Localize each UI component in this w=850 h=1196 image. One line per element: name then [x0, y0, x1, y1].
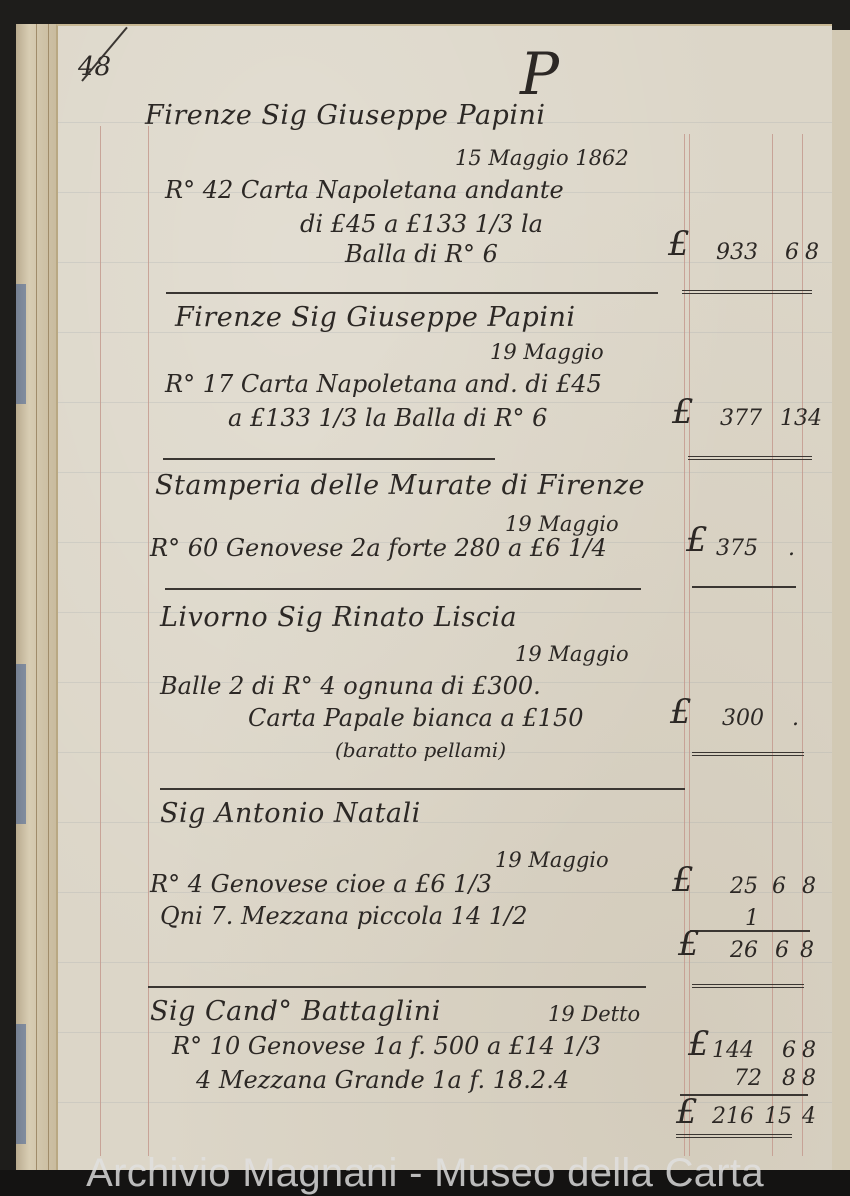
- entry-separator: [160, 788, 685, 790]
- page-stack-edge: [16, 24, 60, 1174]
- denari-column-rule: [802, 134, 803, 1156]
- entry-2-soldi: 13: [780, 406, 808, 431]
- ruled-line: [58, 1102, 832, 1103]
- entry-6-amount-1-denari: 8: [802, 1038, 816, 1063]
- soldi-column-rule: [772, 134, 773, 1156]
- entry-1-line-1: R° 42 Carta Napoletana andante: [165, 176, 564, 204]
- entry-5-amount-1-denari: 8: [802, 874, 816, 899]
- archive-watermark: Archivio Magnani - Museo della Carta: [0, 1150, 850, 1196]
- entry-5-date: 19 Maggio: [495, 848, 609, 872]
- entry-5-total-denari: 8: [800, 938, 814, 963]
- entry-separator: [166, 292, 658, 294]
- entry-3-heading: Stamperia delle Murate di Firenze: [155, 470, 645, 501]
- entry-3-lire: 375: [716, 536, 758, 561]
- entry-1-line-3: Balla di R° 6: [345, 240, 498, 268]
- sum-rule: [680, 1094, 808, 1096]
- lira-sign: £: [678, 924, 700, 964]
- entry-5-amount-2-lire: 1: [745, 906, 759, 931]
- marginal-flourish: P: [520, 40, 559, 108]
- lira-sign: £: [688, 1024, 710, 1064]
- entry-2-date: 19 Maggio: [490, 340, 604, 364]
- entry-5-line-2: Qni 7. Mezzana piccola 14 1/2: [160, 902, 528, 930]
- entry-6-total-lire: 216: [712, 1104, 754, 1129]
- entry-1-line-2: di £45 a £133 1/3 la: [300, 210, 543, 238]
- entry-1-soldi: 6: [785, 240, 799, 265]
- entry-6-amount-2-soldi: 8: [782, 1066, 796, 1091]
- entry-2-heading: Firenze Sig Giuseppe Papini: [175, 302, 575, 333]
- lira-sign: £: [668, 224, 690, 264]
- binding-blue-stain: [16, 1024, 26, 1144]
- entry-2-lire: 377: [720, 406, 762, 431]
- entry-1-denari: 8: [805, 240, 819, 265]
- entry-3-line-1: R° 60 Genovese 2a forte 280 a £6 1/4: [150, 534, 607, 562]
- entry-6-date: 19 Detto: [548, 1002, 640, 1026]
- amount-double-rule: [682, 290, 812, 294]
- entry-6-line-1: R° 10 Genovese 1a f. 500 a £14 1/3: [172, 1032, 601, 1060]
- entry-separator: [163, 458, 495, 460]
- money-column-rule: [684, 134, 685, 1156]
- entry-1-date: 15 Maggio 1862: [455, 146, 629, 170]
- entry-6-line-2: 4 Mezzana Grande 1a f. 18.2.4: [196, 1066, 569, 1094]
- entry-4-soldi: .: [792, 706, 799, 731]
- lira-sign: £: [676, 1092, 698, 1132]
- amount-double-rule: [692, 752, 804, 756]
- entry-4-heading: Livorno Sig Rinato Liscia: [160, 602, 517, 633]
- lira-sign: £: [670, 692, 692, 732]
- entry-4-line-1: Balle 2 di R° 4 ognuna di £300.: [160, 672, 541, 700]
- money-column-rule: [689, 134, 690, 1156]
- page-edge-line: [48, 24, 49, 1174]
- sum-rule: [690, 930, 810, 932]
- entry-3-date: 19 Maggio: [505, 512, 619, 536]
- entry-2-line-1: R° 17 Carta Napoletana and. di £45: [165, 370, 602, 398]
- entry-5-total-lire: 26: [730, 938, 758, 963]
- entry-6-amount-1-soldi: 6: [782, 1038, 796, 1063]
- entry-3-soldi: .: [788, 536, 795, 561]
- entry-5-amount-1-soldi: 6: [772, 874, 786, 899]
- entry-4-lire: 300: [722, 706, 764, 731]
- entry-4-date: 19 Maggio: [515, 642, 629, 666]
- adjacent-page-edge: [830, 30, 850, 1174]
- entry-4-line-2: Carta Papale bianca a £150: [248, 704, 583, 732]
- amount-double-rule: [676, 1134, 792, 1138]
- entry-separator: [165, 588, 641, 590]
- entry-6-total-soldi: 15: [764, 1104, 792, 1129]
- ruled-line: [58, 402, 832, 403]
- margin-rule: [100, 126, 101, 1156]
- page-edge-line: [36, 24, 37, 1174]
- margin-rule: [148, 126, 149, 1156]
- binding-blue-stain: [16, 284, 26, 404]
- amount-double-rule: [688, 456, 812, 460]
- entry-6-amount-2-denari: 8: [802, 1066, 816, 1091]
- entry-5-amount-1-lire: 25: [730, 874, 758, 899]
- entry-1-heading: Firenze Sig Giuseppe Papini: [145, 100, 545, 131]
- entry-5-heading: Sig Antonio Natali: [160, 798, 421, 829]
- entry-5-line-1: R° 4 Genovese cioe a £6 1/3: [150, 870, 492, 898]
- entry-6-amount-2-lire: 72: [734, 1066, 762, 1091]
- entry-1-lire: 933: [716, 240, 758, 265]
- entry-4-line-3: (baratto pellami): [335, 738, 506, 762]
- entry-separator: [148, 986, 646, 988]
- entry-6-amount-1-lire: 144: [712, 1038, 754, 1063]
- binding-blue-stain: [16, 664, 26, 824]
- amount-double-rule: [692, 984, 804, 988]
- entry-6-heading: Sig Cand° Battaglini: [150, 996, 441, 1027]
- entry-5-total-soldi: 6: [775, 938, 789, 963]
- entry-2-line-2: a £133 1/3 la Balla di R° 6: [228, 404, 547, 432]
- entry-2-denari: 4: [808, 406, 822, 431]
- amount-rule: [692, 586, 796, 588]
- lira-sign: £: [672, 860, 694, 900]
- entry-6-total-denari: 4: [802, 1104, 816, 1129]
- ruled-line: [58, 962, 832, 963]
- lira-sign: £: [672, 392, 694, 432]
- lira-sign: £: [686, 520, 708, 560]
